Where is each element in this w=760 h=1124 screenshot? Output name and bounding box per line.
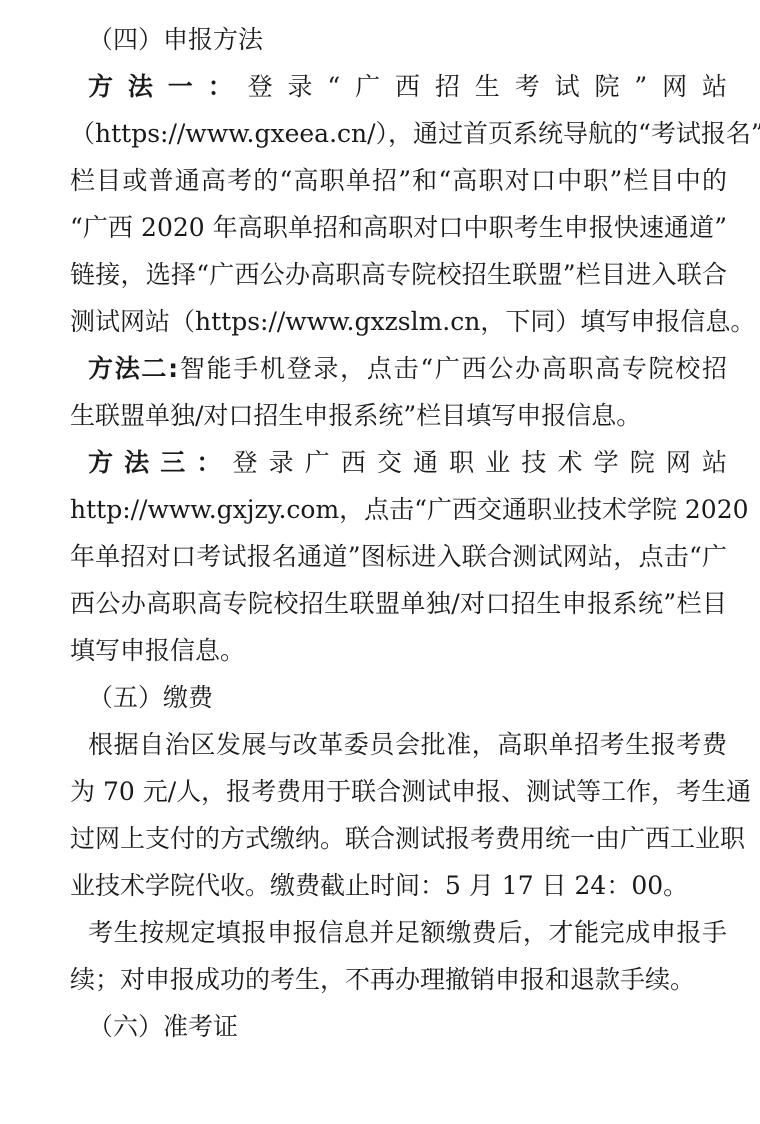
method-3-line-2: http://www.gxjzy.com，点击“广西交通职业技术学院 2020 [70, 492, 727, 528]
method-3-line-4: 西公办高职高专院校招生联盟单独/对口招生申报系统”栏目 [70, 586, 727, 622]
payment-p1-line-1: 根据自治区发展与改革委员会批准，高职单招考生报考费 [88, 727, 727, 763]
section-heading-payment: （五）缴费 [88, 680, 213, 716]
method-2-line-1: 方法二:智能手机登录，点击“广西公办高职高专院校招 [88, 351, 727, 387]
payment-p2-line-2: 续；对申报成功的考生，不再办理撤销申报和退款手续。 [70, 962, 727, 998]
method-1-line-1: 方法一：登录“广西招生考试院”网站 [88, 69, 727, 105]
section-heading-apply-method: （四）申报方法 [88, 22, 263, 58]
method-3-line-1: 方法三：登录广西交通职业技术学院网站 [88, 445, 727, 481]
payment-p1-line-2: 为 70 元/人，报考费用于联合测试申报、测试等工作，考生通 [70, 774, 727, 810]
method-2-line-2: 生联盟单独/对口招生申报系统”栏目填写申报信息。 [70, 398, 727, 434]
method-1-line-5: 链接，选择“广西公办高职高专院校招生联盟”栏目进入联合 [70, 257, 727, 293]
method-1-line-2: （https://www.gxeea.cn/），通过首页系统导航的“考试报名” [70, 116, 727, 152]
method-2-label: 方法二: [88, 354, 178, 383]
method-3-line-5: 填写申报信息。 [70, 633, 727, 669]
method-3-line-3: 年单招对口考试报名通道”图标进入联合测试网站，点击“广 [70, 539, 727, 575]
method-1-line-3: 栏目或普通高考的“高职单招”和“高职对口中职”栏目中的 [70, 163, 727, 199]
section-heading-admission-ticket: （六）准考证 [88, 1009, 238, 1045]
method-1-line-4: “广西 2020 年高职单招和高职对口中职考生申报快速通道” [70, 210, 727, 246]
method-3-label: 方法三： [88, 448, 232, 477]
payment-p1-line-4: 业技术学院代收。缴费截止时间：5 月 17 日 24：00。 [70, 868, 727, 904]
method-1-label: 方法一： [88, 72, 248, 101]
method-1-line-6: 测试网站（https://www.gxzslm.cn，下同）填写申报信息。 [70, 304, 727, 340]
document-page: （四）申报方法 方法一：登录“广西招生考试院”网站 （https://www.g… [0, 0, 760, 1124]
payment-p2-line-1: 考生按规定填报申报信息并足额缴费后，才能完成申报手 [88, 915, 727, 951]
payment-p1-line-3: 过网上支付的方式缴纳。联合测试报考费用统一由广西工业职 [70, 821, 727, 857]
